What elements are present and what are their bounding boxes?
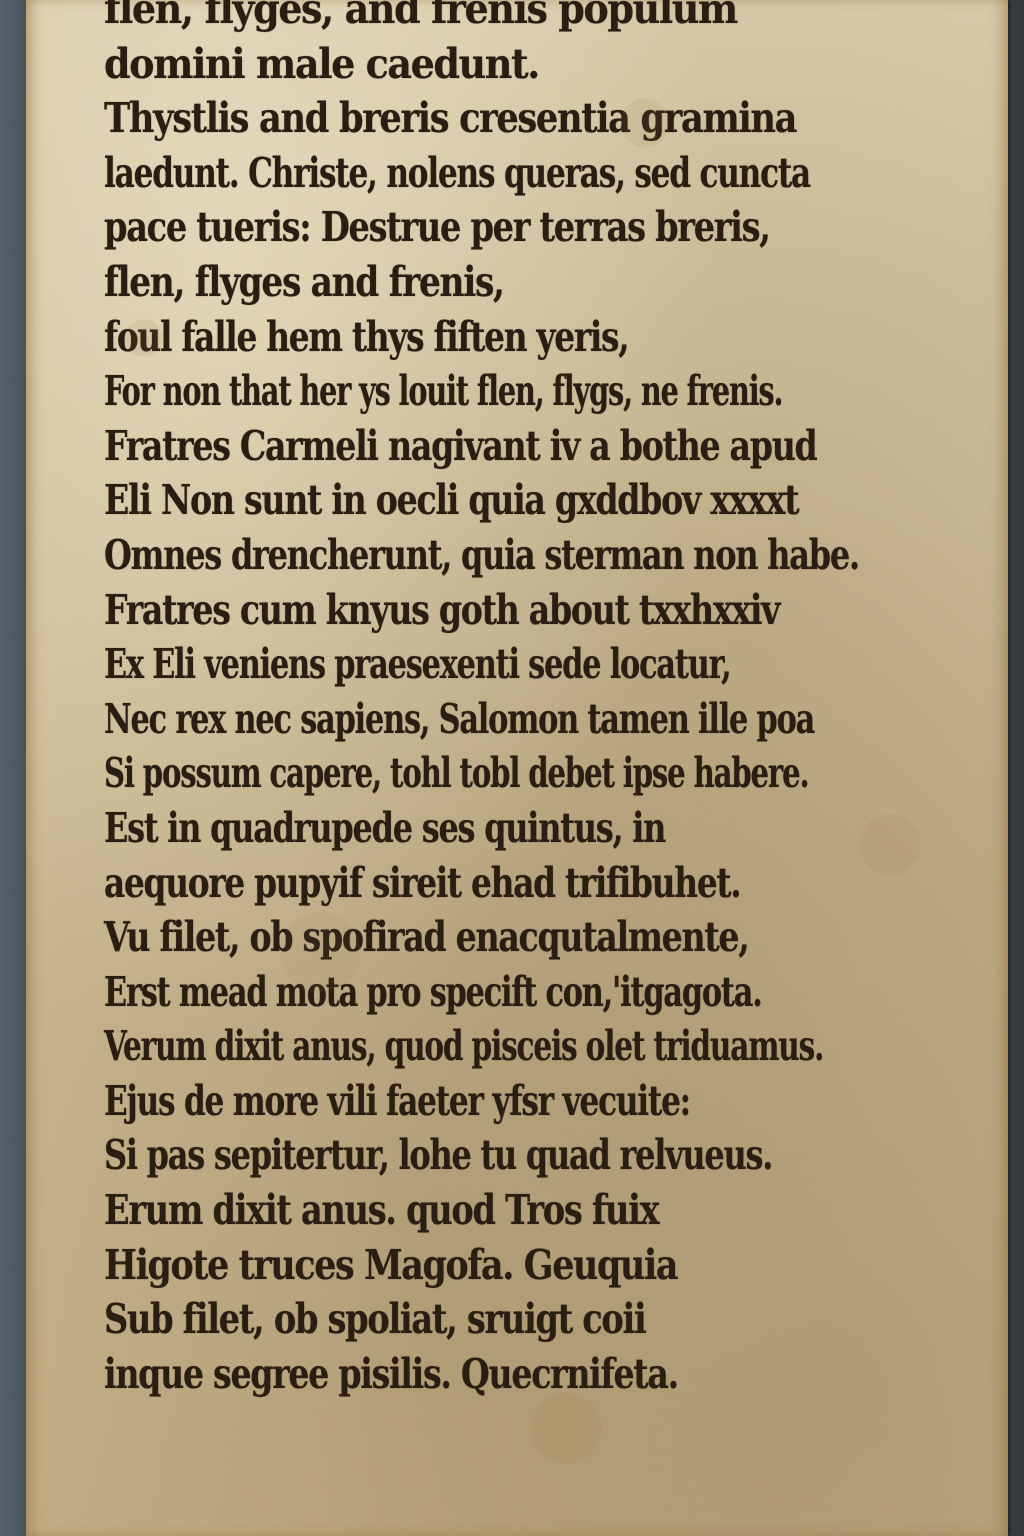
manuscript-line: Fratres cum knyus goth about txxhxxiv: [104, 583, 833, 638]
manuscript-line: foul falle hem thys fiften yeris,: [104, 310, 824, 365]
manuscript-line: Higote truces Magofa. Geuquia: [104, 1238, 869, 1293]
manuscript-line: laedunt. Christe, nolens queras, sed cun…: [104, 146, 788, 201]
manuscript-line: For non that her ys louit flen, flygs, n…: [104, 364, 734, 419]
manuscript-line: Erum dixit anus. quod Tros fuix: [104, 1183, 842, 1238]
manuscript-line: aequore pupyif sireit ehad trifibuhet.: [104, 856, 824, 911]
manuscript-line: Si possum capere, tohl tobl debet ipse h…: [104, 746, 743, 801]
manuscript-line: Thystlis and breris cresentia gramina: [104, 91, 878, 146]
manuscript-line: Vu filet, ob spofirad enacqutalmente,: [104, 910, 833, 965]
manuscript-line: Erst mead mota pro specift con,'itgagota…: [104, 965, 770, 1020]
manuscript-line: Nec rex nec sapiens, Salomon tamen ille …: [104, 692, 770, 747]
manuscript-text: flen, flyges, and frenis populum domini …: [104, 0, 1004, 1401]
manuscript-line: inque segree pisilis. Quecrnifeta.: [104, 1347, 833, 1402]
manuscript-line: Fratres Carmeli nagivant iv a bothe apud: [104, 419, 833, 474]
manuscript-line: Eli Non sunt in oecli quia gxddbov xxxxt: [104, 473, 833, 528]
manuscript-line: domini male caedunt.: [104, 37, 941, 92]
manuscript-line: Ex Eli veniens praesexenti sede locatur,: [104, 637, 770, 692]
manuscript-line: Verum dixit anus, quod pisceis olet trid…: [104, 1019, 752, 1074]
manuscript-line: flen, flyges, and frenis populum: [104, 0, 941, 37]
manuscript-line: Si pas sepitertur, lohe tu quad relvueus…: [104, 1128, 806, 1183]
manuscript-line: Est in quadrupede ses quintus, in: [104, 801, 806, 856]
manuscript-line: flen, flyges and frenis,: [104, 255, 860, 310]
manuscript-line: pace tueris: Destrue per terras breris,: [104, 200, 842, 255]
manuscript-line: Ejus de more vili faeter yfsr vecuite:: [104, 1074, 788, 1129]
parchment-page: flen, flyges, and frenis populum domini …: [26, 0, 1008, 1536]
manuscript-line: Omnes drencherunt, quia sterman non habe…: [104, 528, 806, 583]
manuscript-line: Sub filet, ob spoliat, sruigt coii: [104, 1292, 842, 1347]
